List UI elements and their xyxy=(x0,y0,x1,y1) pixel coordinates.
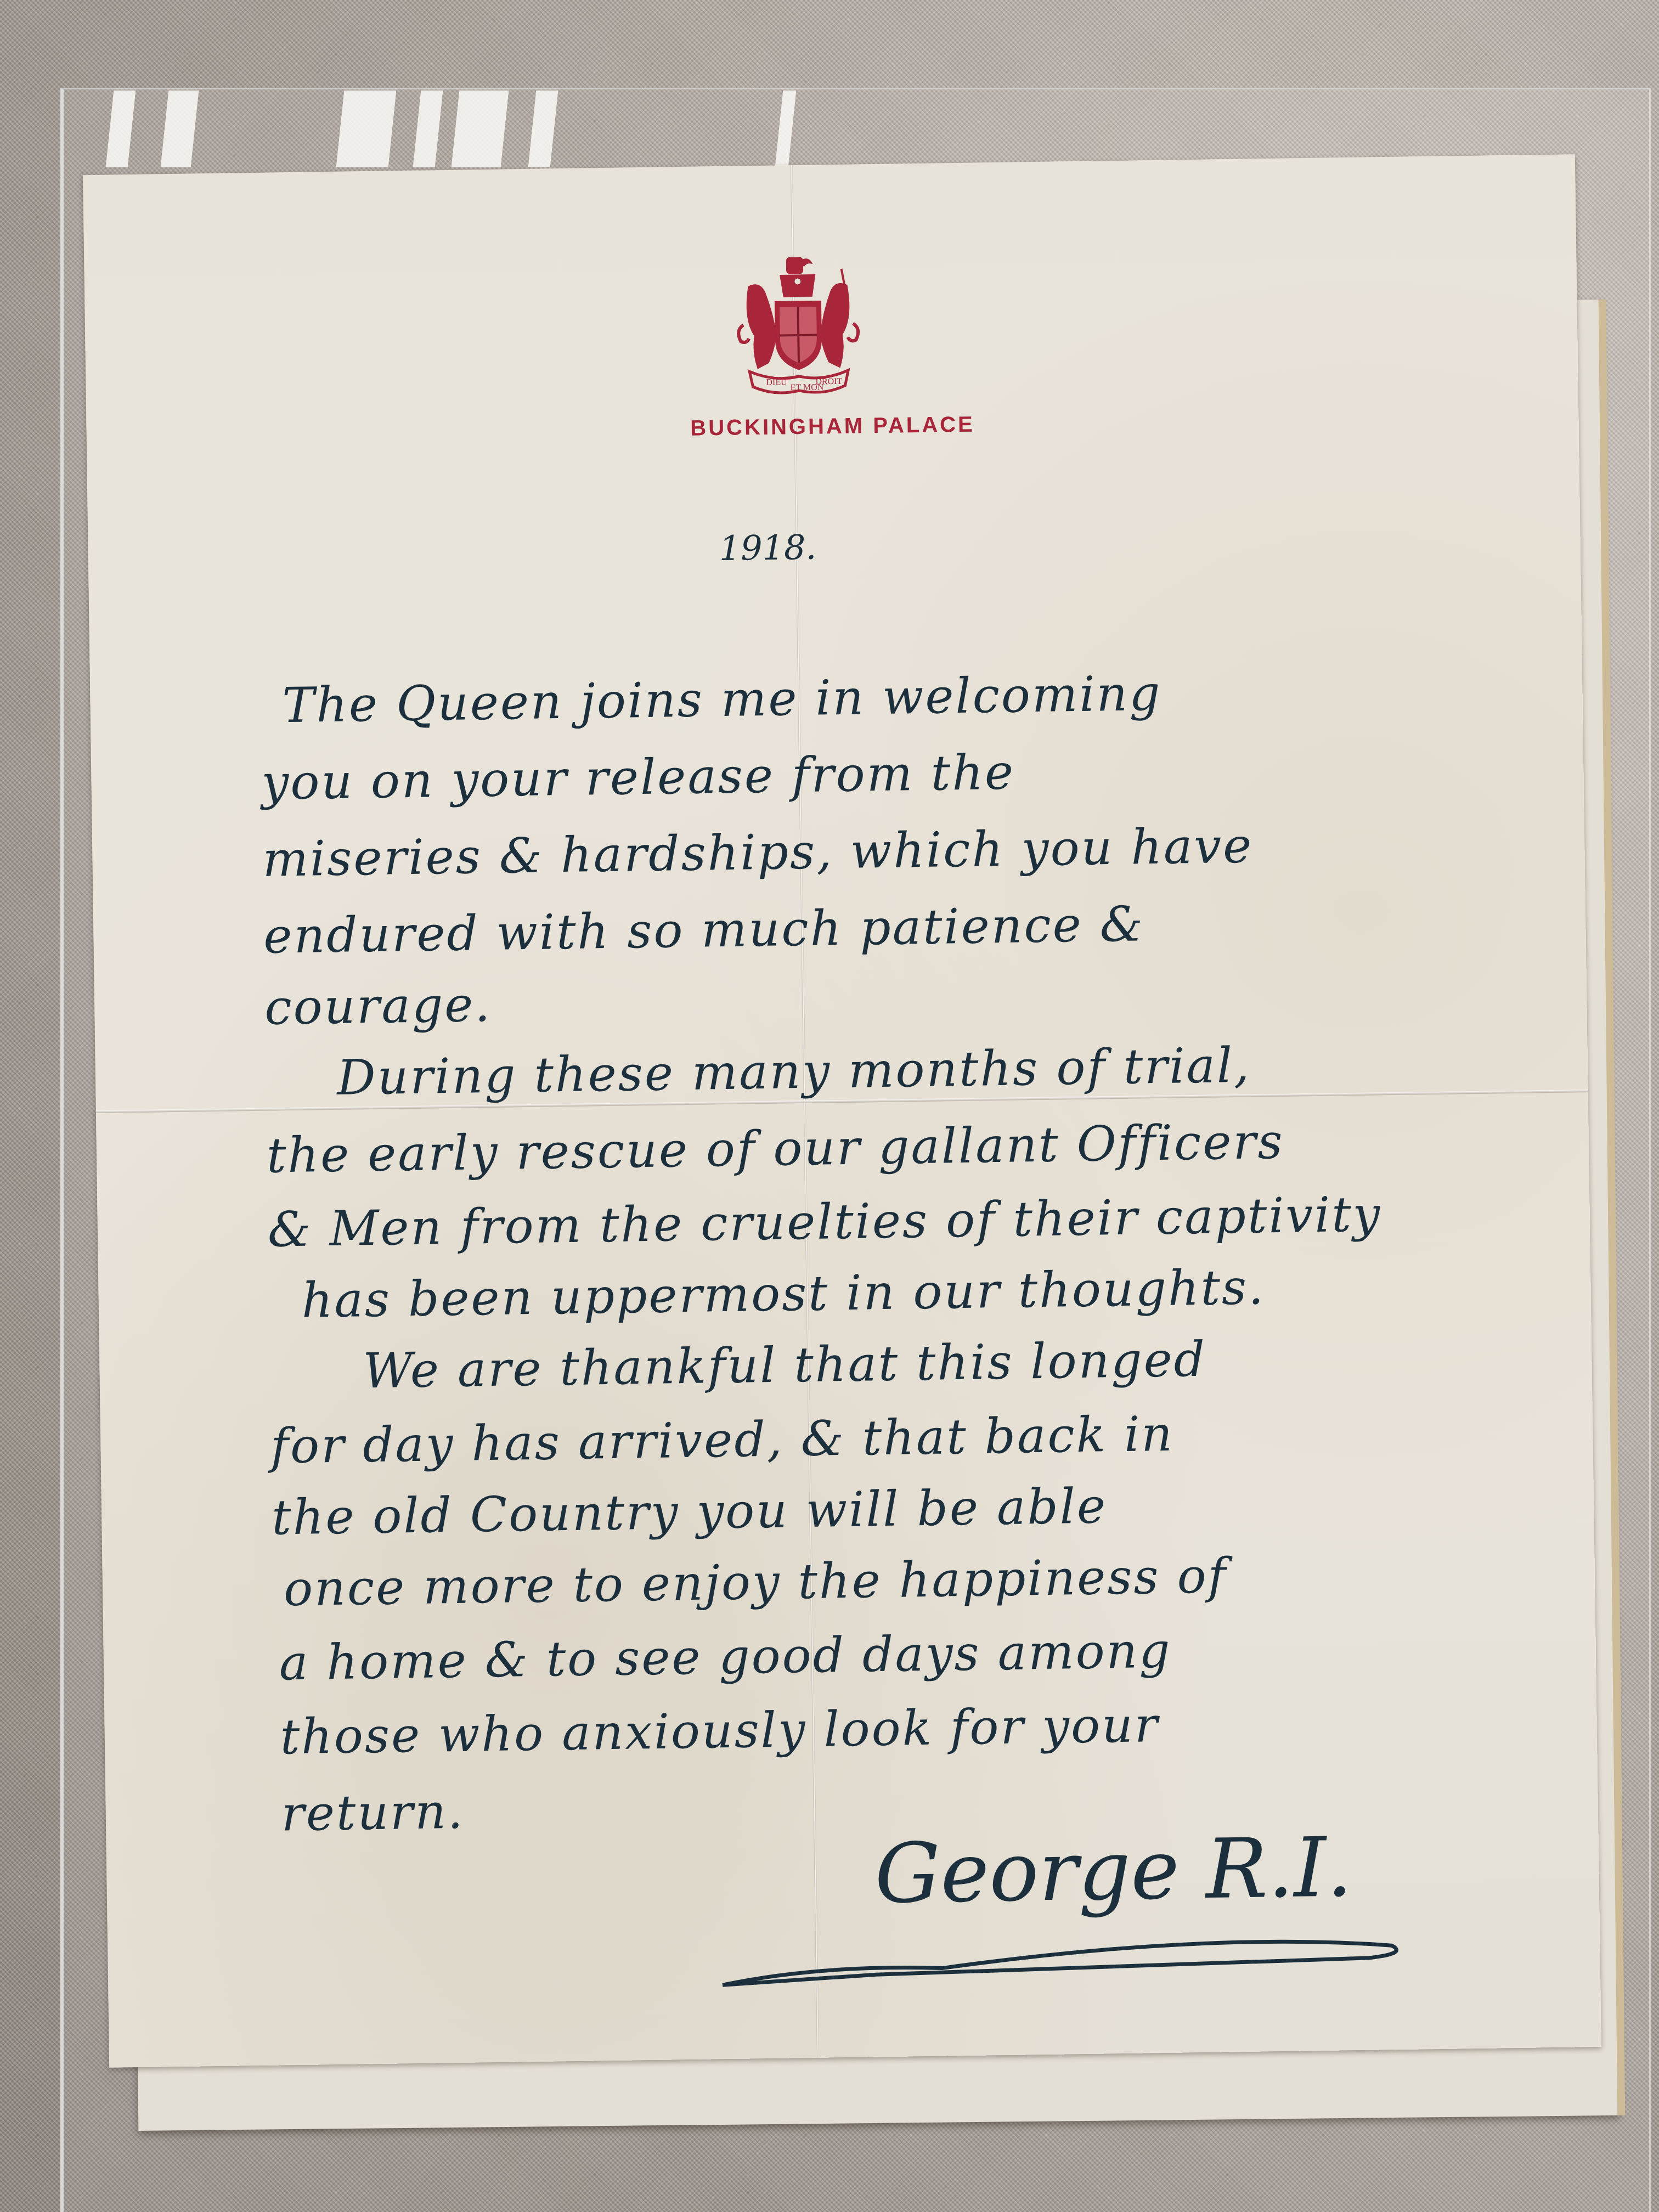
body-line: endured with so much patience & xyxy=(263,895,1145,964)
letterhead-title: BUCKINGHAM PALACE xyxy=(86,404,1578,449)
letter-body: The Queen joins me in welcoming you on y… xyxy=(260,660,1522,678)
body-line: courage. xyxy=(264,976,492,1036)
body-line: for day has arrived, & that back in xyxy=(270,1406,1175,1475)
body-line: & Men from the cruelties of their captiv… xyxy=(267,1186,1382,1257)
sleeve-glare xyxy=(336,91,397,167)
signature-flourish-icon xyxy=(711,1923,1414,1994)
svg-text:DROIT: DROIT xyxy=(815,377,842,387)
body-line: During these many months of trial, xyxy=(336,1037,1251,1106)
body-line: the early rescue of our gallant Officers xyxy=(266,1113,1284,1184)
signature: George R.I. xyxy=(874,1820,1353,1922)
vertical-fold xyxy=(791,165,819,2058)
body-line: We are thankful that this longed xyxy=(363,1331,1207,1399)
sleeve-glare xyxy=(452,91,509,167)
body-line: The Queen joins me in welcoming xyxy=(282,665,1162,733)
body-line: return. xyxy=(281,1783,465,1842)
body-line: those who anxiously look for your xyxy=(280,1696,1159,1765)
body-line: a home & to see good days among xyxy=(279,1622,1172,1691)
letter-date: 1918. xyxy=(719,527,817,568)
letter-sheet: DIEU ET MON DROIT BUCKINGHAM PALACE 1918… xyxy=(83,154,1601,2068)
svg-text:DIEU: DIEU xyxy=(766,377,787,387)
body-line: once more to enjoy the happiness of xyxy=(283,1547,1227,1617)
body-line: you on your release from the xyxy=(261,744,1015,811)
body-line: the old Country you will be able xyxy=(272,1477,1108,1545)
body-line: has been uppermost in our thoughts. xyxy=(301,1259,1266,1329)
royal-coat-of-arms-icon: DIEU ET MON DROIT xyxy=(731,252,865,396)
body-line: miseries & hardships, which you have xyxy=(262,817,1254,887)
